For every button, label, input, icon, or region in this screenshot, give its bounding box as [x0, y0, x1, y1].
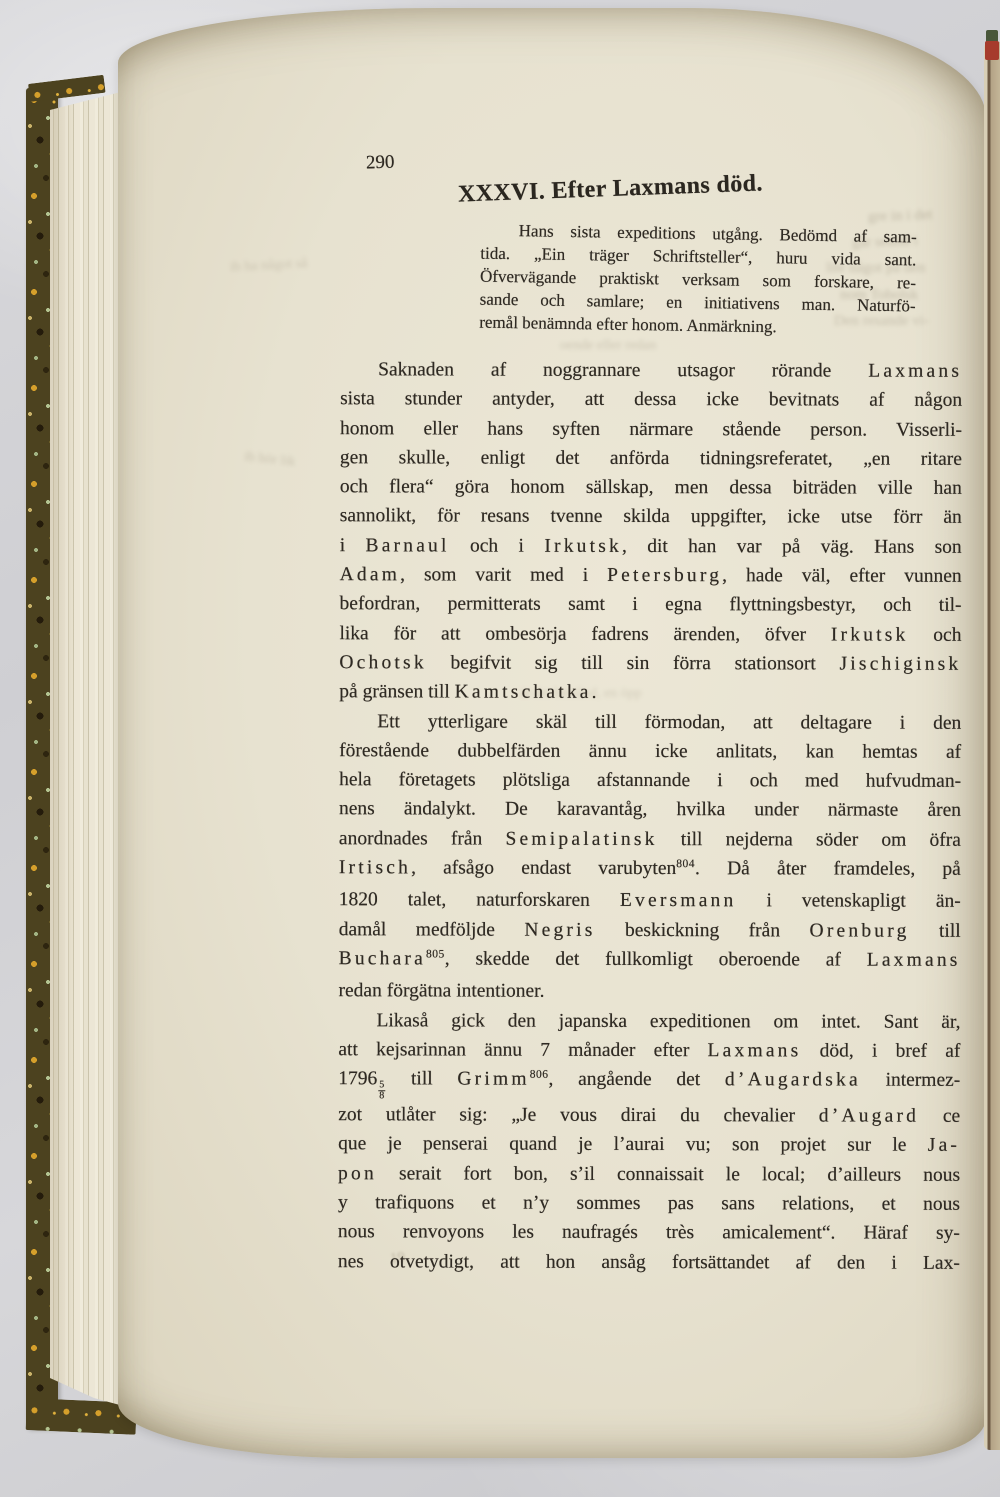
text-line: lika för att ombesörja fadrens ärenden, … — [339, 619, 961, 650]
text-line: på gränsen till Kamtschatka. — [339, 677, 961, 708]
letterspaced-name: Laxmans — [867, 950, 961, 971]
text-segment: 1820 talet, naturforskaren — [339, 890, 620, 912]
text-segment: remål benämnda efter honom. Anmärkning. — [479, 313, 777, 337]
text-segment: sista stunder antyder, att dessa icke be… — [340, 388, 962, 411]
letterspaced-name: pon — [338, 1163, 377, 1184]
letterspaced-name: Irkutsk — [544, 536, 622, 557]
text-segment: damål medföljde — [339, 919, 525, 940]
text-segment: nens ändalykt. De karavantåg, hvilka und… — [339, 799, 961, 822]
text-segment: begifvit sig till sin förra stationsort — [427, 652, 840, 674]
text-segment: i — [340, 535, 366, 556]
footnote-reference: 806 — [530, 1069, 549, 1081]
letterspaced-name: Barnaul — [365, 535, 449, 556]
text-line: gen skulle, enligt det anförda tidningsr… — [340, 443, 962, 474]
text-segment: . Då åter framdeles, på — [695, 858, 961, 880]
letterspaced-name: d’Augardska — [725, 1069, 861, 1090]
letterspaced-name: Jischiginsk — [839, 653, 961, 674]
letterspaced-name: Ja- — [928, 1135, 960, 1156]
text-line: förestående dubbelfärden ännu icke anlit… — [339, 736, 961, 767]
text-segment: redan förgätna intentioner. — [339, 980, 545, 1002]
text-segment: nous renvoyons les naufragés très amical… — [338, 1221, 960, 1244]
text-segment: beskickning från — [596, 919, 810, 941]
text-segment: till — [910, 920, 961, 941]
page-number: 290 — [366, 152, 395, 175]
letterspaced-name: Ochotsk — [339, 652, 426, 673]
text-segment: nes otvetydigt, att hon ansåg fortsättan… — [338, 1251, 960, 1274]
text-line: honom eller hans syften närmare stående … — [340, 414, 962, 445]
text-segment: , skedde det fullkomligt oberoende af — [445, 948, 867, 970]
text-line: zot utlåter sig: „Je vous dirai du cheva… — [338, 1100, 960, 1131]
text-segment: förestående dubbelfärden ännu icke anlit… — [339, 740, 961, 763]
text-line: Buchara805, skedde det fullkomligt obero… — [339, 944, 961, 978]
text-line: Adam, som varit med i Petersburg, hade v… — [340, 560, 962, 591]
letterspaced-name: Semipalatinsk — [505, 828, 657, 849]
text-segment: att kejsarinnan ännu 7 månader efter — [338, 1039, 707, 1061]
letterspaced-name: Eversmann — [620, 890, 737, 911]
footnote-reference: 805 — [426, 948, 445, 960]
letterspaced-name: Buchara — [339, 948, 426, 969]
text-segment: intermez- — [861, 1070, 960, 1091]
text-segment: , som varit med i — [400, 564, 607, 586]
text-line: i Barnaul och i Irkutsk, dit han var på … — [340, 531, 962, 562]
text-line: sannolikt, för resans tvenne skilda uppg… — [340, 502, 962, 533]
text-segment: honom eller hans syften närmare stående … — [340, 418, 962, 441]
text-line: damål medföljde Negris beskickning från … — [339, 915, 961, 946]
text-segment: 1796 — [338, 1068, 377, 1089]
footnote-reference: 804 — [676, 858, 695, 870]
chapter-summary: Hans sista expeditions utgång. Bedömd af… — [479, 219, 917, 341]
show-through-text: oende eller redan — [560, 338, 656, 354]
book-photo: gre in i det går seund i lite något på d… — [0, 0, 1000, 1497]
fraction-denominator: 8 — [379, 1091, 384, 1101]
text-line: nens ändalykt. De karavantåg, hvilka und… — [339, 795, 961, 826]
body-text: Saknaden af noggrannare utsagor rörande … — [338, 355, 962, 1278]
text-segment: död, i bref af — [801, 1040, 960, 1061]
cover-red-sliver — [985, 41, 999, 60]
text-line: redan förgätna intentioner. — [339, 976, 961, 1007]
text-segment: Ett ytterligare skäl till förmodan, att … — [377, 711, 961, 734]
page-gutter-edge — [984, 42, 1000, 1450]
text-segment: och — [908, 624, 961, 645]
text-segment: lika för att ombesörja fadrens ärenden, … — [339, 623, 830, 645]
text-segment: , dit han var på väg. Hans son — [622, 536, 962, 558]
text-line: nes otvetydigt, att hon ansåg fortsättan… — [338, 1247, 960, 1278]
text-segment: Saknaden af noggrannare utsagor rörande — [378, 359, 868, 381]
text-segment: gen skulle, enligt det anförda tidningsr… — [340, 447, 962, 470]
text-segment: i vetenskapligt än- — [736, 891, 960, 913]
text-segment: och flera“ göra honom sällskap, men dess… — [340, 476, 962, 499]
text-segment: , angående det — [548, 1069, 725, 1090]
text-line: pon serait fort bon, s’il connaissait le… — [338, 1159, 960, 1190]
date-fraction: 58 — [378, 1080, 385, 1100]
text-segment: befordran, permitterats samt i egna flyt… — [340, 594, 962, 617]
text-line: och flera“ göra honom sällskap, men dess… — [340, 472, 962, 503]
paragraph: Saknaden af noggrannare utsagor rörande … — [339, 355, 962, 708]
text-line: 179658 till Grimm806, angående det d’Aug… — [338, 1064, 960, 1102]
text-line: y trafiquons et n’y sommes pas sans rela… — [338, 1188, 960, 1219]
marbled-cover-top-corner — [28, 75, 106, 102]
text-segment: . — [592, 682, 597, 703]
text-segment: , afsågo endast varubyten — [411, 857, 676, 879]
text-line: Likaså gick den japanska expeditionen om… — [338, 1006, 960, 1037]
text-line: nous renvoyons les naufragés très amical… — [338, 1217, 960, 1248]
letterspaced-name: Grimm — [457, 1069, 529, 1090]
text-segment: sannolikt, för resans tvenne skilda uppg… — [340, 506, 962, 529]
letterspaced-name: Orenburg — [810, 920, 910, 941]
letterspaced-name: Irtisch — [339, 857, 411, 878]
text-line: Irtisch, afsågo endast varubyten804. Då … — [339, 853, 961, 887]
text-segment: på gränsen till — [339, 681, 454, 702]
text-segment: zot utlåter sig: „Je vous dirai du cheva… — [338, 1104, 819, 1126]
paragraph: Ett ytterligare skäl till förmodan, att … — [339, 707, 962, 1008]
show-through-text: gre in i det — [868, 207, 933, 226]
text-line: Ochotsk begifvit sig till sin förra stat… — [339, 648, 961, 679]
text-segment: y trafiquons et n’y sommes pas sans rela… — [338, 1192, 960, 1215]
text-segment: , hade väl, efter vunnen — [722, 565, 962, 587]
text-segment: till — [386, 1068, 457, 1089]
text-segment: ce — [919, 1106, 960, 1127]
letterspaced-name: Laxmans — [708, 1040, 802, 1061]
text-line: sista stunder antyder, att dessa icke be… — [340, 384, 962, 415]
letterspaced-name: Irkutsk — [831, 624, 909, 645]
text-segment: hela företagets plötsliga afstannande i … — [339, 769, 961, 792]
paragraph: Likaså gick den japanska expeditionen om… — [338, 1006, 961, 1278]
text-segment: och i — [450, 535, 545, 556]
letterspaced-name: Laxmans — [868, 361, 962, 382]
text-line: 1820 talet, naturforskaren Eversmann i v… — [339, 886, 961, 917]
text-segment: Likaså gick den japanska expeditionen om… — [376, 1010, 960, 1033]
text-segment: till nejderna söder om öfra — [658, 829, 961, 851]
text-segment: que je penserai quand je l’aurai vu; son… — [338, 1134, 928, 1157]
text-line: befordran, permitterats samt i egna flyt… — [340, 590, 962, 621]
text-line: anordnades från Semipalatinsk till nejde… — [339, 824, 961, 855]
text-line: att kejsarinnan ännu 7 månader efter Lax… — [338, 1035, 960, 1066]
text-line: Ett ytterligare skäl till förmodan, att … — [339, 707, 961, 738]
text-line: que je penserai quand je l’aurai vu; son… — [338, 1130, 960, 1161]
letterspaced-name: Petersburg — [607, 565, 722, 586]
letterspaced-name: Kamtschatka — [455, 682, 592, 703]
letterspaced-name: d’Augard — [819, 1106, 919, 1127]
text-segment: anordnades från — [339, 828, 506, 849]
text-segment: serait fort bon, s’il connaissait le loc… — [377, 1163, 960, 1186]
text-line: Saknaden af noggrannare utsagor rörande … — [340, 355, 962, 386]
letterspaced-name: Adam — [340, 564, 401, 585]
letterspaced-name: Negris — [524, 919, 595, 940]
text-line: hela företagets plötsliga afstannande i … — [339, 765, 961, 796]
